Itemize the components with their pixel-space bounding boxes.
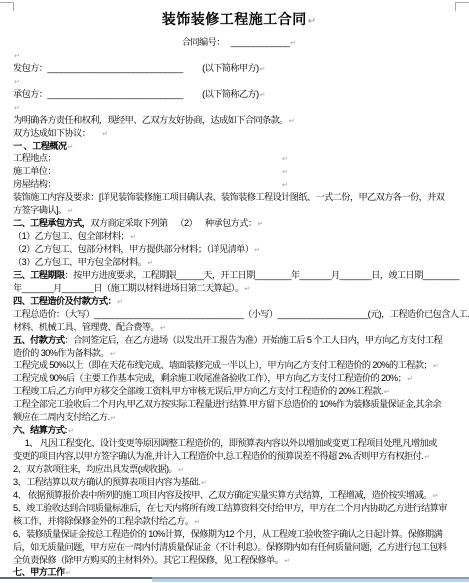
body-text: 双方商定采取下列第 （2） 种承包方式： [90,218,256,228]
paragraph-mark: ↵ [407,376,413,383]
body-text: 6、装修质量保证金按总工程造价的 10%计算，保修期为12 个月，从工程竣工验收… [13,529,442,539]
section-heading-text: 六、结算方式: [13,425,67,435]
doc-line: 工程总造价：（大写）______________________________… [13,308,465,321]
paragraph-mark: ↵ [68,428,74,435]
doc-line: 材料、机械工具、管理费、配合费等。↵ [13,321,465,334]
doc-line: 5、竣工验收达到合同质量标准后，在七天内将所有竣工结算资料交付给甲方，甲方在二个… [13,502,465,515]
body-text: 1、 凡因工程变化、设计变更等原因调整工程造价的，即预算表内容以外以增加或变更工… [13,438,437,448]
paragraph-mark: ↵ [194,519,200,526]
doc-line: 工程竣工后,乙方向甲方移交全部竣工资料,甲方审核无误后,甲方向乙方支付工程造价的… [13,385,465,398]
body-text: 2、双方款项往来，均应出具发票(或收据)。 [13,464,177,474]
section-heading-text: 一 、工程概况 [13,141,66,151]
body-text: 房屋结构： [13,179,56,189]
paragraph-mark: ↵ [147,260,153,267]
doc-line: 额应在二周内支付给乙方.↵ [13,411,465,424]
body-text: 工程全部完工验收后二个月内,甲乙双方按实际工程量进行结算.甲方留下总造价的 10… [13,399,441,409]
body-text: 工程完成 90%后（主要工作基本完成，剩余施工收尾准备验收工作），甲方向乙方支付… [13,373,406,383]
paragraph-mark: ↵ [282,182,288,189]
document-title: 装饰装修工程施工合同↵ [13,6,465,36]
doc-line: 施工单位：↵ [13,165,465,178]
body-text: 3、工程结算以双方确认的预算表项目内容为基础. [13,477,200,487]
section-heading-text: 五、付款方式 [13,335,65,345]
paragraph-mark: ↵ [110,415,116,422]
doc-line: 三、工程期限：按甲方进度要求，工程期限______天，开工日期________年… [13,269,465,282]
body-text: 工程竣工后,乙方向甲方移交全部竣工资料,甲方审核无误后,甲方向乙方支付工程造价的… [13,386,383,396]
doc-line: 为明确各方责任和权利，现经甲、乙双方友好协商，达成如下合同条款。↵ [13,114,465,127]
doc-line: 年_______月_______日（施工期以材料进场日第二天算起）。↵ [13,282,465,295]
paragraph-mark: ↵ [201,480,207,487]
page-margin-crop-mark-top-left [0,2,14,11]
paragraph-mark: ↵ [130,234,136,241]
paragraph-mark: ↵ [178,467,184,474]
paragraph-mark: ↵ [433,363,439,370]
body-text: （1）乙方包工、包全部材料； [13,231,129,241]
document-content: 装饰装修工程施工合同↵ 合同编号： _____________↵↵发包方：___… [13,6,465,579]
body-text: 变更的项目内容,以甲方签字确认为准,并计入工程造价中,总工程造价的预算误差不得超… [13,451,423,461]
body-text: 全负责保修（除甲方购买的主材料外）。其它工程保修，见工程保修单。 [13,555,283,565]
paragraph-mark: ↵ [284,558,290,565]
paragraph-mark: ↵ [67,208,73,215]
doc-line: 发包方：______________________________ (以下简称… [13,62,465,75]
doc-line: 二、工程承包方式，双方商定采取下列第 （2） 种承包方式：↵ [13,217,465,230]
doc-line: 核工作，并将除保修金外的工程余款付给乙方。↵ [13,515,465,528]
document-title-text: 装饰装修工程施工合同 [162,11,307,27]
doc-line: 四、工程造价及付款方式：↵ [13,295,465,308]
doc-line: 3、工程结算以双方确认的预算表项目内容为基础.↵ [13,476,465,489]
body-text: 装饰施工内容及要求：[详见装饰装修施工项目确认表、装饰装修工程设计图纸、一式二份… [13,192,444,202]
doc-line: 变更的项目内容,以甲方签字确认为准,并计入工程造价中,总工程造价的预算误差不得超… [13,450,465,463]
doc-line: （2）乙方包工、包部分材料，甲方提供部分材料；（详见清单）↵ [13,243,465,256]
paragraph-mark: ↵ [67,144,73,151]
body-text: ：按甲方进度要求，工程期限______天，开工日期________年______… [65,270,459,280]
paragraph-mark: ↵ [282,156,288,163]
body-text: 工程总造价：（大写）______________________________… [13,309,469,319]
doc-line: 工程地点：↵ [13,152,465,165]
body-text: （3）乙方包工、甲方包全部材料。 [13,257,146,267]
doc-line: 1、 凡因工程变化、设计变更等原因调整工程造价的，即预算表内容以外以增加或变更工… [13,437,465,450]
paragraph-mark: ↵ [433,493,439,500]
contract-document-page: 装饰装修工程施工合同↵ 合同编号： _____________↵↵发包方：___… [0,0,469,583]
body-text: 5、竣工验收达到合同质量标准后，在七天内将所有竣工结算资料交付给甲方，甲方在二个… [13,503,447,513]
paragraph-mark: ↵ [289,118,295,125]
doc-line: 六、结算方式:↵ [13,424,465,437]
doc-line: 后，如无质量问题，甲方应在一周内付清质量保证金（不计利息）。保修期内如有任何质量… [13,541,465,554]
doc-line: 2、双方款项往来，均应出具发票(或收据)。↵ [13,463,465,476]
body-text: 材料、机械工具、管理费、配合费等。 [13,322,159,332]
doc-line: 合同编号： _____________↵ [13,36,465,49]
paragraph-mark: ↵ [14,53,20,60]
doc-line: 工程完成 90%后（主要工作基本完成，剩余施工收尾准备验收工作），甲方向乙方支付… [13,372,465,385]
doc-line: 方签字确认]。↵ [13,204,465,217]
body-text: 工程地点： [13,153,56,163]
paragraph-mark: ↵ [424,454,430,461]
body-text: 工程完成 50%以上（即在天花布线完成、墙面装修完成一半以上），甲方向乙方支付工… [13,360,432,370]
doc-line: 全负责保修（除甲方购买的主材料外）。其它工程保修，见工程保修单。↵ [13,554,465,567]
paragraph-mark: ↵ [290,40,296,47]
body-text: 4、 依据预算报价表中所列的施工项目内容及按甲、乙双方确定实量实算方式结算，工程… [13,490,432,500]
paragraph-mark: ↵ [117,299,123,306]
doc-line: ↵ [13,49,465,62]
doc-lines: 合同编号： _____________↵↵发包方：_______________… [13,36,465,579]
doc-line: （1）乙方包工、包全部材料；↵ [13,230,465,243]
doc-line: 五、付款方式：合同签定后，在乙方进场（以发出开工报告为准）开始施工后 5 个工人… [13,334,465,347]
doc-line: 造价的 30%作为备料款。↵ [13,347,465,360]
doc-line: 4、 依据预算报价表中所列的施工项目内容及按甲、乙双方确定实量实算方式结算，工程… [13,489,465,502]
doc-line: ↵ [13,75,465,88]
paragraph-mark: ↵ [257,221,263,228]
body-text: 方签字确认]。 [13,205,66,215]
doc-line: 一 、工程概况↵ [13,140,465,153]
body-text: ：合同签定后，在乙方进场（以发出开工报告为准）开始施工后 5 个工人日内，甲方向… [65,335,443,345]
paragraph-mark: ↵ [102,131,108,138]
body-text: 发包方：______________________________ (以下简称… [13,63,259,73]
paragraph-mark: ↵ [260,66,266,73]
paragraph-mark: ↵ [308,16,316,27]
bottom-edge-band-right [152,579,469,582]
paragraph-mark: ↵ [244,286,250,293]
section-heading-text: 二、工程承包方式， [13,218,90,228]
paragraph-mark: ↵ [14,105,20,112]
body-text: 后，如无质量问题，甲方应在一周内付清质量保证金（不计利息）。保修期内如有任何质量… [13,542,446,552]
doc-line: ↵ [13,101,465,114]
paragraph-mark: ↵ [282,169,288,176]
section-heading-text: 七、甲方工作 [13,567,65,577]
section-heading-text: 四、工程造价及付款方式： [13,296,116,306]
body-text: 施工单位： [13,166,56,176]
paragraph-mark: ↵ [110,351,116,358]
paragraph-mark: ↵ [254,247,260,254]
body-text: 核工作，并将除保修金外的工程余款付给乙方。 [13,516,193,526]
body-text: 承包方：______________________________ (以下简称… [13,89,259,99]
paragraph-mark: ↵ [160,325,166,332]
paragraph-mark: ↵ [260,92,266,99]
section-heading-text: 三、工程期限 [13,270,65,280]
body-text: （2）乙方包工、包部分材料，甲方提供部分材料；（详见清单） [13,244,253,254]
body-text: 双方达成如下协议： [13,128,90,138]
doc-line: 承包方：______________________________ (以下简称… [13,88,465,101]
bottom-edge-line-left [0,577,152,579]
doc-line: 工程全部完工验收后二个月内,甲乙双方按实际工程量进行结算.甲方留下总造价的 10… [13,398,465,411]
doc-line: 工程完成 50%以上（即在天花布线完成、墙面装修完成一半以上），甲方向乙方支付工… [13,359,465,372]
body-text: 额应在二周内支付给乙方. [13,412,109,422]
doc-line: 装饰施工内容及要求：[详见装饰装修施工项目确认表、装饰装修工程设计图纸、一式二份… [13,191,465,204]
body-text: 为明确各方责任和权利，现经甲、乙双方友好协商，达成如下合同条款。 [13,115,288,125]
body-text: 合同编号： _____________ [182,37,289,47]
paragraph-mark: ↵ [14,79,20,86]
doc-line: （3）乙方包工、甲方包全部材料。↵ [13,256,465,269]
body-text: 造价的 30%作为备料款。 [13,348,109,358]
doc-line: 房屋结构：↵ [13,178,465,191]
body-text: 年_______月_______日（施工期以材料进场日第二天算起）。 [13,283,243,293]
doc-line: 6、装修质量保证金按总工程造价的 10%计算，保修期为12 个月，从工程竣工验收… [13,528,465,541]
doc-line: 双方达成如下协议：↵ [13,127,465,140]
paragraph-mark: ↵ [384,389,390,396]
